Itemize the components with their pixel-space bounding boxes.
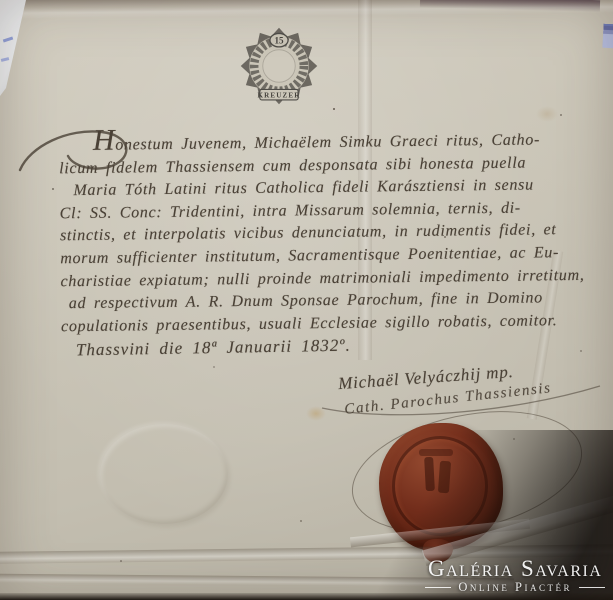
watermark-rule-left — [425, 587, 451, 588]
date-line: Thassvini die 18ª Januarii 1832º. — [76, 336, 351, 361]
watermark-subtitle: Online Piactér — [458, 580, 572, 595]
embossed-seal-impression — [100, 424, 228, 524]
blue-pen-mark — [1, 57, 9, 62]
stamp-value: 15 — [274, 35, 284, 45]
watermark-rule-right — [579, 587, 605, 588]
watermark: Galéria Savaria Online Piactér — [425, 558, 605, 595]
revenue-stamp-icon: 15 KREUZER — [236, 22, 322, 110]
watermark-subtitle-row: Online Piactér — [425, 580, 605, 595]
paper-stain — [536, 106, 558, 122]
background-corner-sliver — [0, 0, 28, 96]
handwritten-text-block: Honestum Juvenem, Michaëlem Simku Graeci… — [59, 127, 613, 339]
watermark-title: Galéria Savaria — [425, 558, 605, 580]
stamp-currency: KREUZER — [258, 92, 301, 100]
signature-swash — [318, 378, 608, 418]
top-edge-shadow — [420, 0, 600, 12]
blue-label-scrap — [602, 24, 613, 49]
foxing-specks — [333, 108, 335, 110]
blue-pen-mark — [3, 37, 13, 43]
top-fold-crease — [0, 0, 613, 19]
document-photo: 15 KREUZER Honestum Juvenem, Michaëlem S… — [0, 0, 613, 600]
